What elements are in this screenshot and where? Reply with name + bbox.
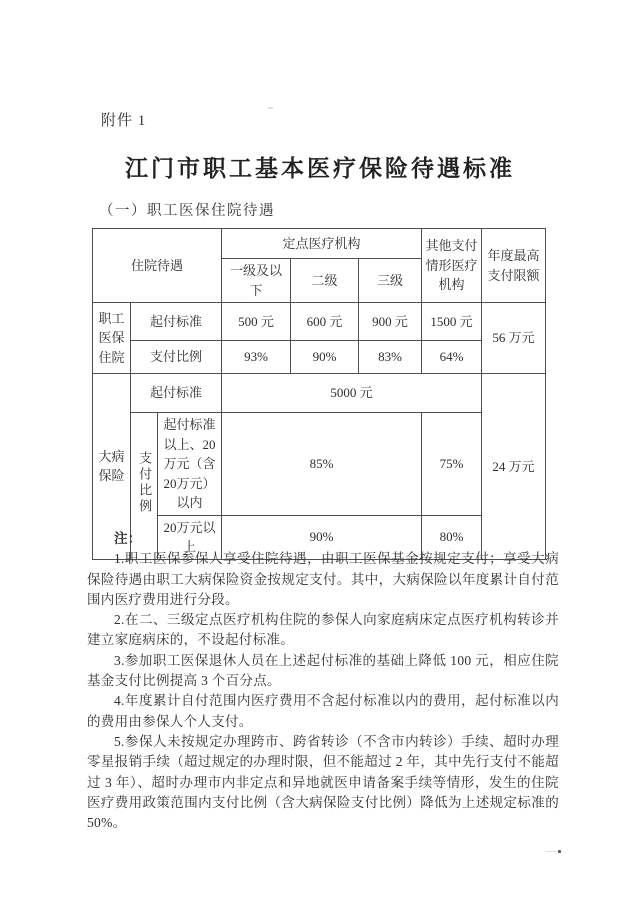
header-level1: 一级及以下	[222, 259, 291, 303]
scan-speck	[558, 850, 561, 853]
note-item-1: 1.职工医保参保人享受住院待遇，由职工医保基金按规定支付；享受大病保险待遇由职工…	[87, 549, 559, 610]
employee-deductible-level1: 500 元	[222, 303, 291, 341]
group-employee-insurance: 职工医保住院	[93, 303, 131, 374]
ratio-vertical-text: 支付比例	[137, 451, 151, 515]
benefits-table: 住院待遇 定点医疗机构 其他支付情形医疗机构 年度最高支付限额 一级及以下 二级…	[92, 228, 546, 560]
scanned-document-page: 附件 1 江门市职工基本医疗保险待遇标准 （一）职工医保住院待遇 住院待遇 定点…	[0, 0, 640, 905]
employee-deductible-level2: 600 元	[291, 303, 359, 341]
header-level2: 二级	[291, 259, 359, 303]
employee-deductible-row: 职工医保住院 起付标准 500 元 600 元 900 元 1500 元 56 …	[93, 303, 546, 341]
note-item-5: 5.参保人未按规定办理跨市、跨省转诊（不含市内转诊）手续、超时办理零星报销手续（…	[87, 732, 559, 833]
major-illness-deductible-label: 起付标准	[131, 374, 222, 413]
scan-speck	[546, 851, 557, 852]
employee-ratio-level3: 83%	[359, 341, 422, 374]
attachment-label: 附件 1	[101, 109, 146, 130]
note-item-2: 2.在二、三级定点医疗机构住院的参保人向家庭病床定点医疗机构转诊并建立家庭病床的…	[87, 610, 559, 651]
tier1-label: 起付标准以上、20万元（含20万元）以内	[158, 413, 222, 516]
tier1-designated-value: 85%	[222, 413, 422, 516]
section-heading: （一）职工医保住院待遇	[99, 199, 275, 220]
note-item-4: 4.年度累计自付范围内医疗费用不含起付标准以内的费用，起付标准以内的费用由参保人…	[87, 691, 559, 732]
major-illness-tier1-row: 支付比例 起付标准以上、20万元（含20万元）以内 85% 75%	[93, 413, 546, 516]
employee-ratio-row: 支付比例 93% 90% 83% 64%	[93, 341, 546, 374]
employee-deductible-label: 起付标准	[131, 303, 222, 341]
header-treatment: 住院待遇	[93, 229, 222, 303]
table-header-row-1: 住院待遇 定点医疗机构 其他支付情形医疗机构 年度最高支付限额	[93, 229, 546, 259]
notes-label: 注：	[87, 529, 559, 549]
employee-deductible-level3: 900 元	[359, 303, 422, 341]
header-other-payment: 其他支付情形医疗机构	[422, 229, 482, 303]
major-illness-deductible-row: 大病保险 起付标准 5000 元 24 万元	[93, 374, 546, 413]
major-illness-deductible-value: 5000 元	[222, 374, 482, 413]
notes-block: 注： 1.职工医保参保人享受住院待遇，由职工医保基金按规定支付；享受大病保险待遇…	[87, 529, 559, 833]
header-designated-institutions: 定点医疗机构	[222, 229, 422, 259]
employee-ratio-label: 支付比例	[131, 341, 222, 374]
employee-ratio-level2: 90%	[291, 341, 359, 374]
employee-ratio-other: 64%	[422, 341, 482, 374]
employee-deductible-other: 1500 元	[422, 303, 482, 341]
note-item-3: 3.参加职工医保退休人员在上述起付标准的基础上降低 100 元，相应住院基金支付…	[87, 651, 559, 692]
employee-ratio-level1: 93%	[222, 341, 291, 374]
page-title: 江门市职工基本医疗保险待遇标准	[0, 150, 640, 183]
scan-speck	[268, 107, 273, 109]
header-level3: 三级	[359, 259, 422, 303]
header-annual-cap: 年度最高支付限额	[482, 229, 546, 303]
tier1-other-value: 75%	[422, 413, 482, 516]
employee-annual-cap: 56 万元	[482, 303, 546, 374]
